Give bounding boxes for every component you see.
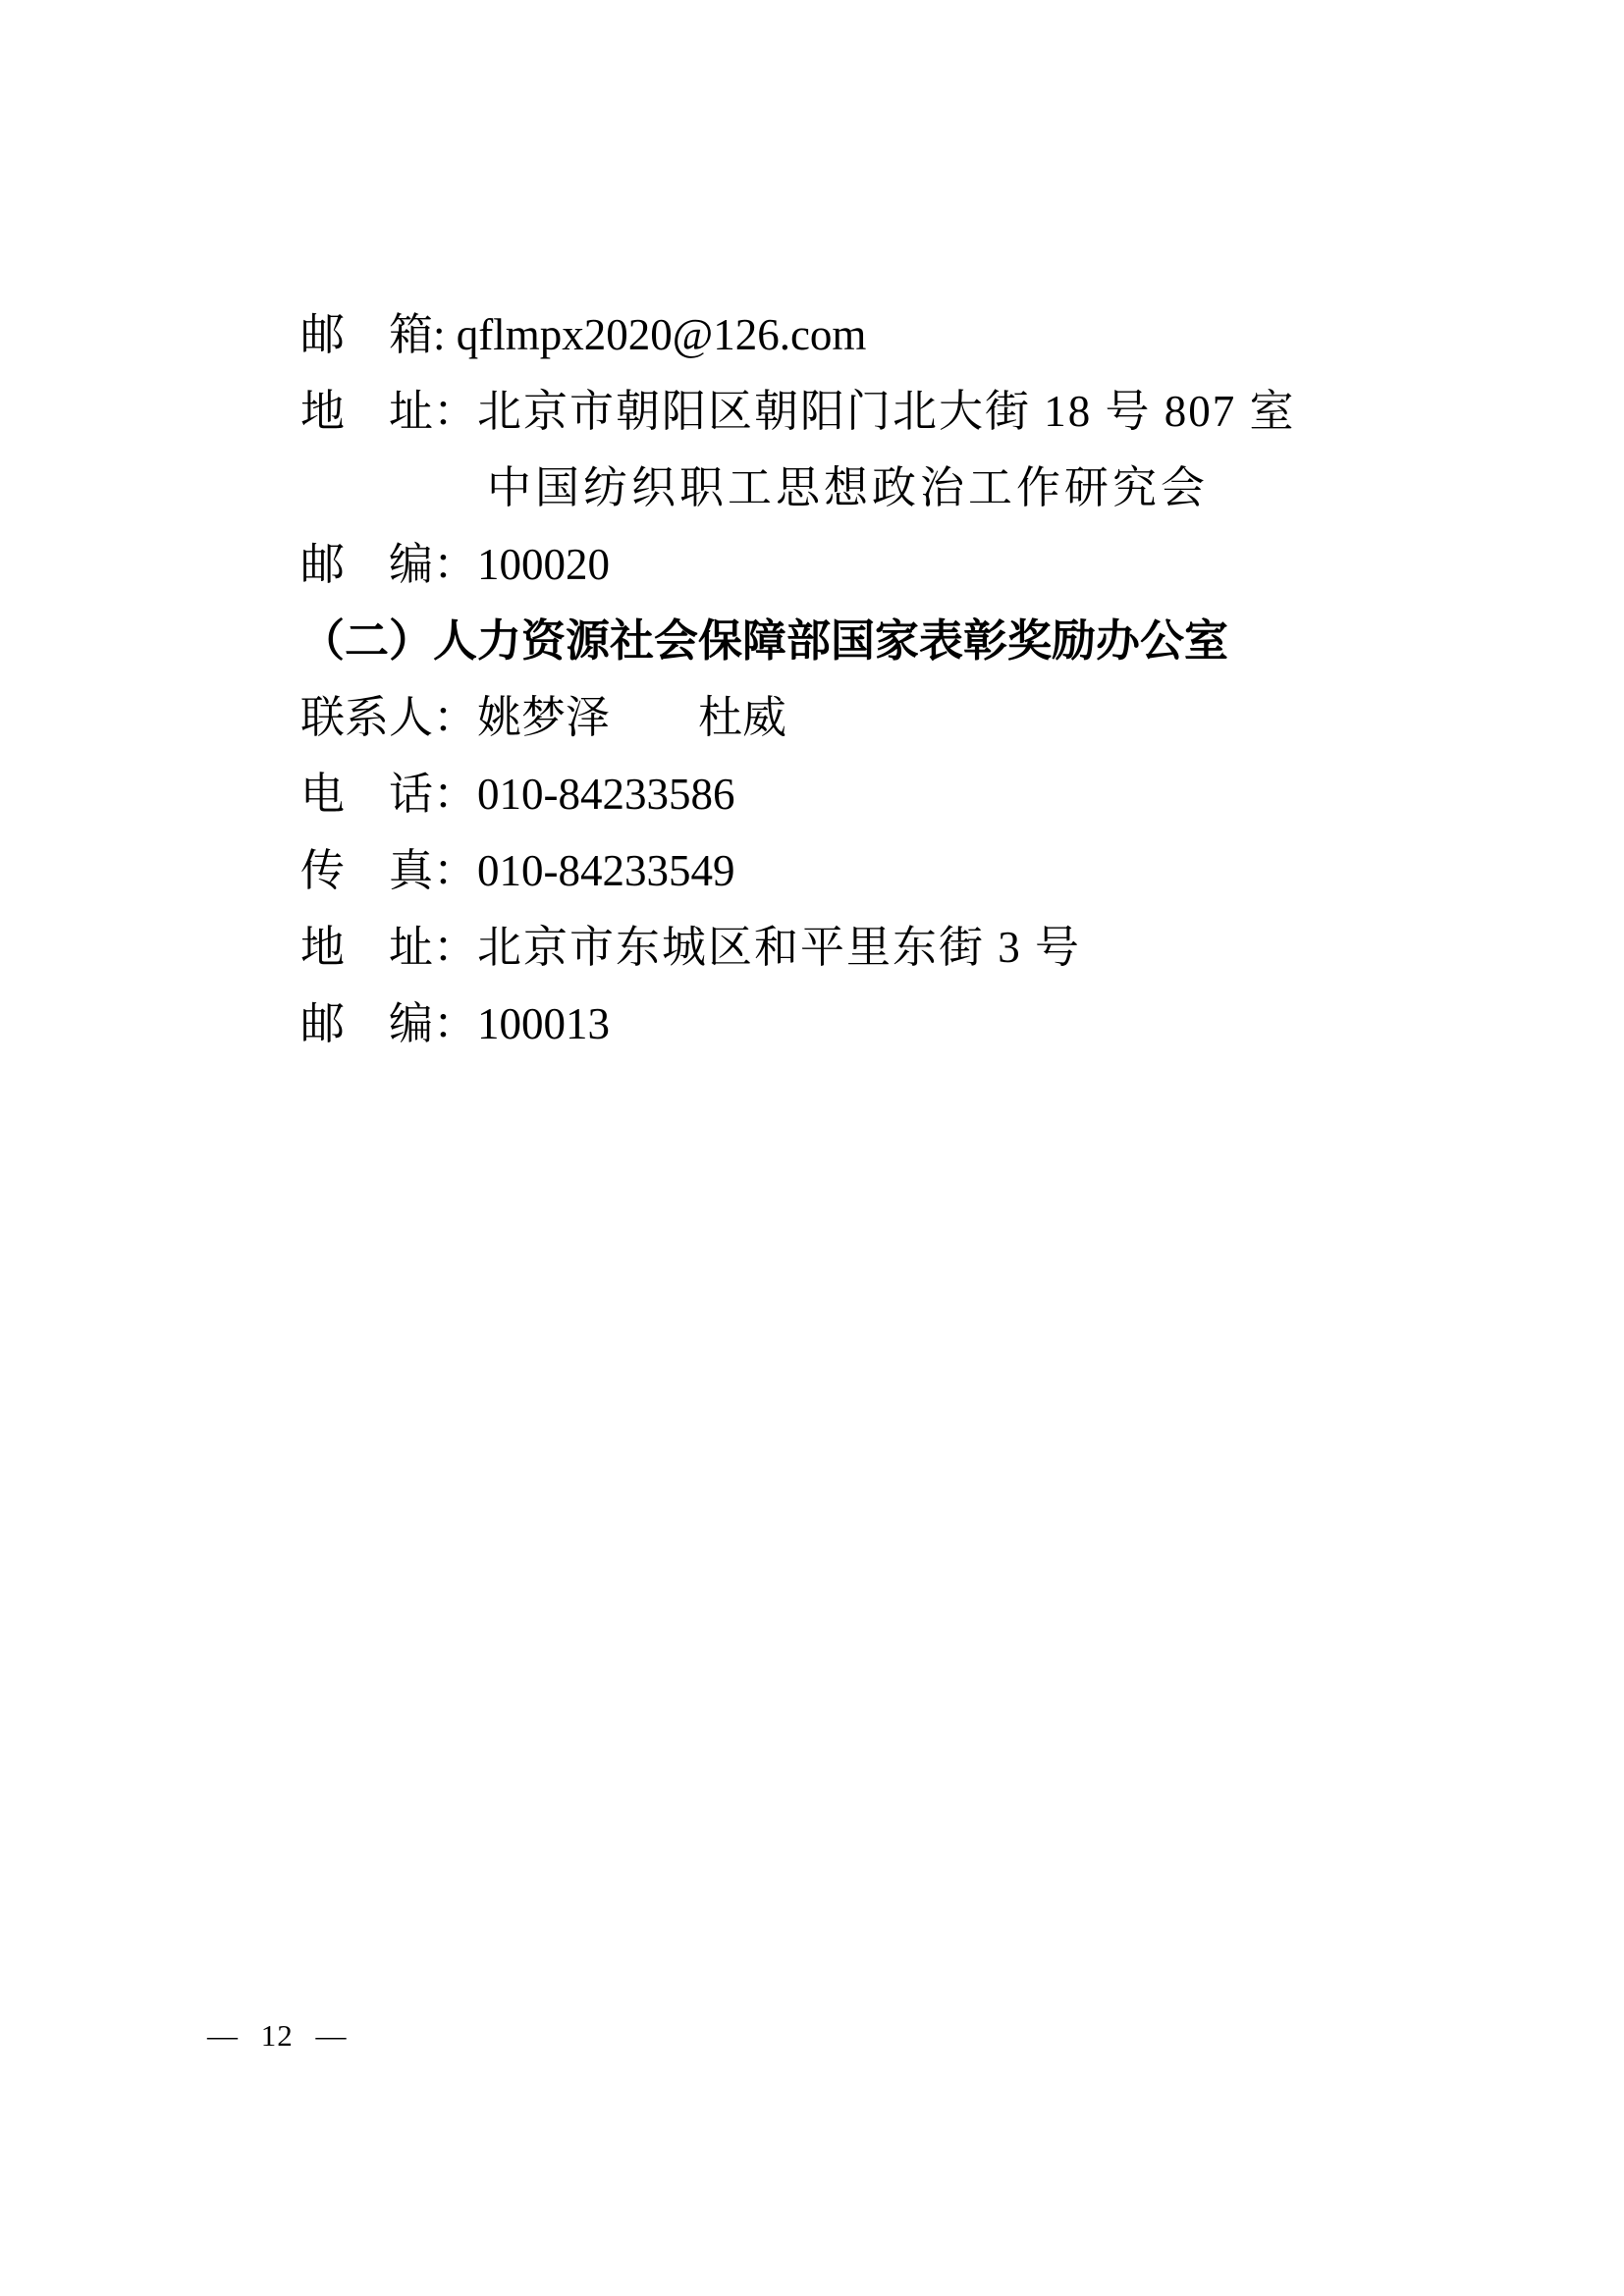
row-fax: 传 真：010-84233549 — [300, 832, 1380, 909]
row-address-1: 地 址：北京市朝阳区朝阳门北大街 18 号 807 室 — [300, 373, 1380, 450]
fax-label: 传 真 — [300, 832, 433, 909]
address-1-separator: ： — [433, 387, 477, 436]
organization-name-value: 中国纺织职工思想政治工作研究会 — [487, 463, 1209, 512]
postal-code-1-separator: ： — [433, 540, 477, 589]
page-number: — 12 — — [207, 2018, 348, 2054]
address-1-label: 地 址 — [300, 373, 433, 450]
email-label: 邮 箱 — [300, 296, 433, 373]
contact-person-value: 姚梦泽 杜威 — [477, 693, 786, 742]
postal-code-2-separator: ： — [433, 999, 477, 1048]
postal-code-2-label: 邮 编 — [300, 986, 433, 1062]
fax-value: 010-84233549 — [477, 846, 735, 895]
address-2-value: 北京市东城区和平里东街 3 号 — [477, 923, 1081, 972]
section-2-heading: （二）人力资源社会保障部国家表彰奖励办公室 — [300, 603, 1380, 679]
phone-value: 010-84233586 — [477, 770, 735, 819]
row-email: 邮 箱: qflmpx2020@126.com — [300, 296, 1380, 373]
contact-info-block: 邮 箱: qflmpx2020@126.com 地 址：北京市朝阳区朝阳门北大街… — [300, 296, 1380, 1062]
postal-code-1-label: 邮 编 — [300, 526, 433, 603]
phone-separator: ： — [433, 770, 477, 819]
document-page: 邮 箱: qflmpx2020@126.com 地 址：北京市朝阳区朝阳门北大街… — [0, 0, 1624, 2296]
contact-person-separator: ： — [433, 693, 477, 742]
section-2-heading-text: （二）人力资源社会保障部国家表彰奖励办公室 — [300, 616, 1228, 666]
contact-person-label: 联系人 — [300, 679, 433, 756]
row-address-2: 地 址：北京市东城区和平里东街 3 号 — [300, 909, 1380, 986]
email-separator: : — [433, 310, 457, 359]
fax-separator: ： — [433, 846, 477, 895]
email-value: qflmpx2020@126.com — [457, 310, 867, 359]
address-2-separator: ： — [433, 923, 477, 972]
address-2-label: 地 址 — [300, 909, 433, 986]
phone-label: 电 话 — [300, 756, 433, 832]
postal-code-1-value: 100020 — [477, 540, 610, 589]
row-phone: 电 话：010-84233586 — [300, 756, 1380, 832]
address-1-value: 北京市朝阳区朝阳门北大街 18 号 807 室 — [477, 387, 1296, 436]
row-contact-person: 联系人：姚梦泽 杜威 — [300, 679, 1380, 756]
postal-code-2-value: 100013 — [477, 999, 610, 1048]
row-postal-code-2: 邮 编：100013 — [300, 986, 1380, 1062]
row-postal-code-1: 邮 编：100020 — [300, 526, 1380, 603]
row-organization-name: 中国纺织职工思想政治工作研究会 — [300, 450, 1380, 526]
